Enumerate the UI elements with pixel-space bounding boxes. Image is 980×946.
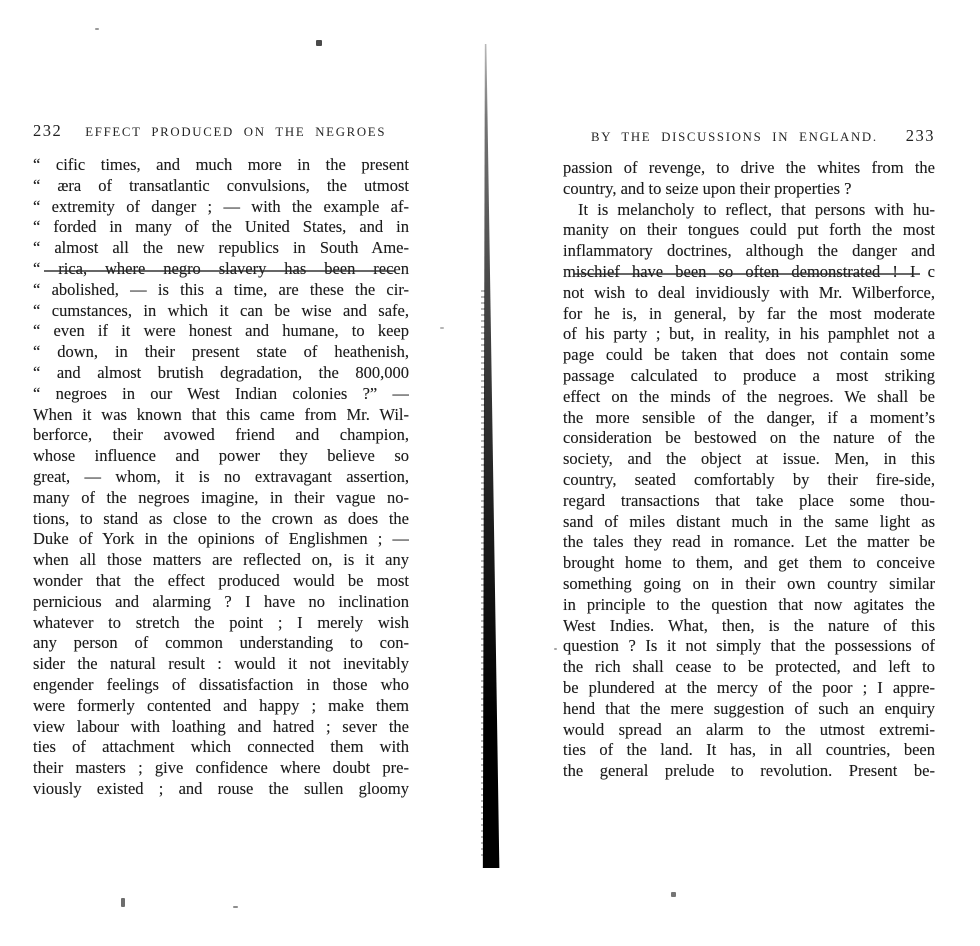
text-line: “ extremity of danger ; — with the examp…: [33, 197, 409, 218]
text-line: “ cific times, and much more in the pres…: [33, 155, 409, 176]
text-line: view labour with loathing and hatred ; s…: [33, 717, 409, 738]
text-line: regard transactions that take place some…: [563, 491, 935, 512]
scan-speck: [121, 898, 125, 907]
text-line: When it was known that this came from Mr…: [33, 405, 409, 426]
text-line: “ even if it were honest and humane, to …: [33, 321, 409, 342]
right-page-text: passion of revenge, to drive the whites …: [563, 158, 935, 782]
scan-speck: [95, 28, 99, 30]
text-line: be plundered at the mercy of the poor ; …: [563, 678, 935, 699]
text-line: viously existed ; and rouse the sullen g…: [33, 779, 409, 800]
text-line: effect on the minds of the negroes. We s…: [563, 387, 935, 408]
left-header-title: EFFECT PRODUCED ON THE NEGROES: [85, 125, 386, 140]
text-line: their masters ; give confidence where do…: [33, 758, 409, 779]
text-line: Duke of York in the opinions of Englishm…: [33, 529, 409, 550]
text-line: great, — whom, it is no extravagant asse…: [33, 467, 409, 488]
text-line: country, seated comfortably by their fir…: [563, 470, 935, 491]
left-running-header: 232 EFFECT PRODUCED ON THE NEGROES: [33, 121, 409, 141]
text-line: many of the negroes imagine, in their va…: [33, 488, 409, 509]
text-line: passage calculated to produce a most str…: [563, 366, 935, 387]
right-running-header: BY THE DISCUSSIONS IN ENGLAND. 233: [563, 126, 935, 146]
text-line: pernicious and alarming ? I have no incl…: [33, 592, 409, 613]
text-line: “ almost all the new republics in South …: [33, 238, 409, 259]
scan-speck: [440, 327, 444, 329]
text-line: “ down, in their present state of heathe…: [33, 342, 409, 363]
text-line: “ forded in many of the United States, a…: [33, 217, 409, 238]
text-line: hend that the mere suggestion of such an…: [563, 699, 935, 720]
text-line: “ negroes in our West Indian colonies ?”…: [33, 384, 409, 405]
text-line: passion of revenge, to drive the whites …: [563, 158, 935, 179]
text-line: the tales they read in romance. Let the …: [563, 532, 935, 553]
text-line: “ abolished, — is this a time, are these…: [33, 280, 409, 301]
text-line: not wish to deal invidiously with Mr. Wi…: [563, 283, 935, 304]
text-line: page could be taken that does not contai…: [563, 345, 935, 366]
gutter-scan-noise: [481, 290, 485, 860]
text-line: sand of miles distant much in the same l…: [563, 512, 935, 533]
right-page-number: 233: [906, 126, 935, 146]
text-line: It is melancholy to reflect, that person…: [563, 200, 935, 221]
text-line: whose influence and power they believe s…: [33, 446, 409, 467]
text-line: inflammatory doctrines, although the dan…: [563, 241, 935, 262]
text-line: “ and almost brutish degradation, the 80…: [33, 363, 409, 384]
text-line: berforce, their avowed friend and champi…: [33, 425, 409, 446]
text-line: country, and to seize upon their propert…: [563, 179, 935, 200]
text-line: brought home to them, and get them to co…: [563, 553, 935, 574]
text-line: of his party ; but, in reality, in his p…: [563, 324, 935, 345]
text-line: the rich shall cease to be protected, an…: [563, 657, 935, 678]
text-line: manity on their tongues could put forth …: [563, 220, 935, 241]
scan-speck: [233, 906, 238, 908]
text-line: society, and the object at issue. Men, i…: [563, 449, 935, 470]
right-header-title: BY THE DISCUSSIONS IN ENGLAND.: [591, 130, 878, 145]
scan-speck: [316, 40, 322, 46]
text-line: for he is, in general, by far the most m…: [563, 304, 935, 325]
left-page: 232 EFFECT PRODUCED ON THE NEGROES “ cif…: [33, 121, 409, 800]
text-line: tions, to stand as close to the crown as…: [33, 509, 409, 530]
text-line: sider the natural result : would it not …: [33, 654, 409, 675]
right-page: BY THE DISCUSSIONS IN ENGLAND. 233 passi…: [563, 126, 935, 782]
text-line: “ æra of transatlantic convulsions, the …: [33, 176, 409, 197]
text-line: whatever to stretch the point ; I merely…: [33, 613, 409, 634]
text-line: consideration be bestowed on the nature …: [563, 428, 935, 449]
text-line: “ cumstances, in which it can be wise an…: [33, 301, 409, 322]
text-line: the more sensible of the danger, if a mo…: [563, 408, 935, 429]
text-line: any person of common understanding to co…: [33, 633, 409, 654]
text-line: something going on in their own country …: [563, 574, 935, 595]
text-line: question ? Is it not simply that the pos…: [563, 636, 935, 657]
text-line: ties of the land. It has, in all countri…: [563, 740, 935, 761]
text-line: the general prelude to revolution. Prese…: [563, 761, 935, 782]
text-line: wonder that the effect produced would be…: [33, 571, 409, 592]
text-line: in principle to the question that now ag…: [563, 595, 935, 616]
text-line: mischief have been so often demonstrated…: [563, 262, 935, 283]
scan-speck: [671, 892, 676, 897]
text-line: engender feelings of dissatisfaction in …: [33, 675, 409, 696]
text-line: would spread an alarm to the utmost extr…: [563, 720, 935, 741]
text-line: were formerly contented and happy ; make…: [33, 696, 409, 717]
scan-speck: [554, 648, 557, 650]
left-page-text: “ cific times, and much more in the pres…: [33, 155, 409, 800]
left-page-number: 232: [33, 121, 62, 141]
text-line: ties of attachment which connected them …: [33, 737, 409, 758]
text-line: “ rica, where negro slavery has been rec…: [33, 259, 409, 280]
text-line: when all those matters are reflected on,…: [33, 550, 409, 571]
text-line: West Indies. What, then, is the nature o…: [563, 616, 935, 637]
